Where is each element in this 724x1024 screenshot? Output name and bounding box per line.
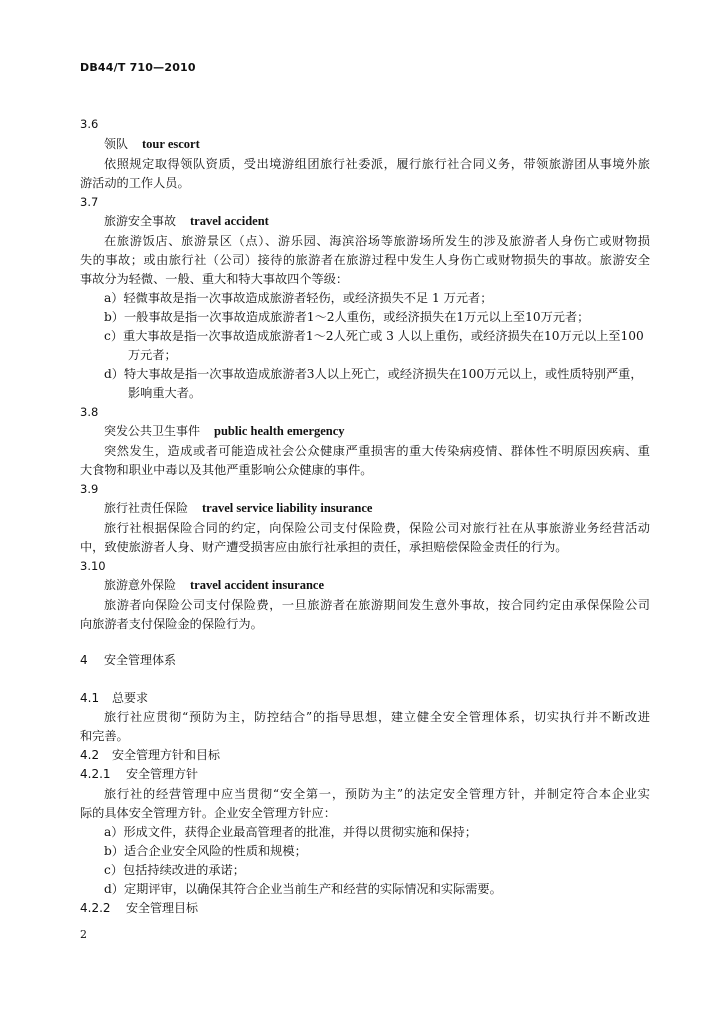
term-heading-3-8: 突发公共卫生事件public health emergency xyxy=(104,423,345,439)
list-item-a: a）形成文件，获得企业最高管理者的批准，并得以贯彻实施和保持； xyxy=(104,824,477,840)
list-item-d-cont: 影响重大者。 xyxy=(128,385,201,401)
definition-line: 失的事故；或由旅行社（公司）接待的旅游者在旅游过程中发生人身伤亡或财物损失的事故… xyxy=(80,252,650,268)
list-item-b: b）适合企业安全风险的性质和规模； xyxy=(104,843,307,859)
clause-number-3-8: 3.8 xyxy=(80,404,98,420)
definition-line: 依照规定取得领队资质，受出境游组团旅行社委派，履行旅行社合同义务，带领旅游团从事… xyxy=(104,156,650,172)
list-label: c） xyxy=(104,329,123,343)
section-title: 安全管理方针 xyxy=(126,767,198,781)
paragraph-line: 和完善。 xyxy=(80,728,129,744)
chapter-number: 4 xyxy=(80,652,104,668)
list-text: 形成文件，获得企业最高管理者的批准，并得以贯彻实施和保持； xyxy=(123,825,476,839)
section-heading-4-2-1: 4.2.1安全管理方针 xyxy=(80,766,198,782)
term-cn: 旅游意外保险 xyxy=(104,578,176,592)
list-label: c） xyxy=(104,863,123,877)
term-cn: 领队 xyxy=(104,137,128,151)
definition-line: 在旅游饭店、旅游景区（点）、游乐园、海滨浴场等旅游场所发生的涉及旅游者人身伤亡或… xyxy=(104,233,650,249)
chapter-title: 安全管理体系 xyxy=(104,653,176,667)
list-label: d） xyxy=(104,882,124,896)
list-text: 包括持续改进的承诺； xyxy=(123,863,245,877)
list-item-b: b）一般事故是指一次事故造成旅游者1～2人重伤，或经济损失在1万元以上至10万元… xyxy=(104,309,589,325)
list-item-d: d）特大事故是指一次事故造成旅游者3人以上死亡，或经济损失在100万元以上，或性… xyxy=(104,366,643,382)
section-number: 4.2.1 xyxy=(80,766,126,782)
term-cn: 突发公共卫生事件 xyxy=(104,424,200,438)
term-cn: 旅行社责任保险 xyxy=(104,501,188,515)
section-title: 总要求 xyxy=(112,691,148,705)
document-header-id: DB44/T 710—2010 xyxy=(80,61,196,74)
definition-line: 中，致使旅游者人身、财产遭受损害应由旅行社承担的责任，承担赔偿保险金责任的行为。 xyxy=(80,539,568,555)
paragraph-line: 际的具体安全管理方针。企业安全管理方针应： xyxy=(80,805,336,821)
section-heading-4-2: 4.2安全管理方针和目标 xyxy=(80,747,220,763)
definition-line: 大食物和职业中毒以及其他严重影响公众健康的事件。 xyxy=(80,462,373,478)
term-heading-3-10: 旅游意外保险travel accident insurance xyxy=(104,577,324,593)
list-label: b） xyxy=(104,310,124,324)
definition-line: 向旅游者支付保险金的保险行为。 xyxy=(80,616,263,632)
definition-line: 旅游者向保险公司支付保险费，一旦旅游者在旅游期间发生意外事故，按合同约定由承保保… xyxy=(104,597,650,613)
section-title: 安全管理方针和目标 xyxy=(112,748,220,762)
list-text: 特大事故是指一次事故造成旅游者3人以上死亡，或经济损失在100万元以上，或性质特… xyxy=(124,367,643,381)
definition-line: 事故分为轻微、一般、重大和特大事故四个等级： xyxy=(80,271,348,287)
section-number: 4.2.2 xyxy=(80,900,126,916)
list-item-c: c）包括持续改进的承诺； xyxy=(104,862,245,878)
list-text: 定期评审，以确保其符合企业当前生产和经营的实际情况和实际需要。 xyxy=(124,882,502,896)
term-heading-3-9: 旅行社责任保险travel service liability insuranc… xyxy=(104,500,372,516)
term-en: travel accident insurance xyxy=(190,578,324,592)
paragraph-line: 旅行社应贯彻“预防为主，防控结合”的指导思想，建立健全安全管理体系，切实执行并不… xyxy=(104,709,650,725)
chapter-heading-4: 4安全管理体系 xyxy=(80,652,176,668)
clause-number-3-10: 3.10 xyxy=(80,558,106,574)
clause-number-3-6: 3.6 xyxy=(80,116,98,132)
list-label: b） xyxy=(104,844,124,858)
section-number: 4.2 xyxy=(80,747,112,763)
list-item-c: c）重大事故是指一次事故造成旅游者1～2人死亡或 3 人以上重伤，或经济损失在1… xyxy=(104,328,644,344)
definition-line: 旅行社根据保险合同的约定，向保险公司支付保险费，保险公司对旅行社在从事旅游业务经… xyxy=(104,520,650,536)
section-heading-4-2-2: 4.2.2安全管理目标 xyxy=(80,900,198,916)
clause-number-3-9: 3.9 xyxy=(80,481,98,497)
list-text: 一般事故是指一次事故造成旅游者1～2人重伤，或经济损失在1万元以上至10万元者； xyxy=(124,310,589,324)
list-text: 重大事故是指一次事故造成旅游者1～2人死亡或 3 人以上重伤，或经济损失在10万… xyxy=(123,329,644,343)
page-number: 2 xyxy=(80,928,87,941)
term-heading-3-6: 领队tour escort xyxy=(104,136,200,152)
definition-line: 游活动的工作人员。 xyxy=(80,175,190,191)
list-item-a: a）轻微事故是指一次事故造成旅游者轻伤，或经济损失不足 1 万元者； xyxy=(104,290,492,306)
list-label: d） xyxy=(104,367,124,381)
section-number: 4.1 xyxy=(80,690,112,706)
list-text: 适合企业安全风险的性质和规模； xyxy=(124,844,307,858)
term-heading-3-7: 旅游安全事故travel accident xyxy=(104,213,269,229)
paragraph-line: 旅行社的经营管理中应当贯彻“安全第一，预防为主”的法定安全管理方针，并制定符合本… xyxy=(104,786,650,802)
list-item-d: d）定期评审，以确保其符合企业当前生产和经营的实际情况和实际需要。 xyxy=(104,881,502,897)
document-page: DB44/T 710—2010 3.6 领队tour escort 依照规定取得… xyxy=(0,0,724,1024)
definition-line: 突然发生，造成或者可能造成社会公众健康严重损害的重大传染病疫情、群体性不明原因疾… xyxy=(104,443,650,459)
section-title: 安全管理目标 xyxy=(126,901,198,915)
term-cn: 旅游安全事故 xyxy=(104,214,176,228)
clause-number-3-7: 3.7 xyxy=(80,194,98,210)
list-text: 轻微事故是指一次事故造成旅游者轻伤，或经济损失不足 1 万元者； xyxy=(123,291,492,305)
list-label: a） xyxy=(104,825,123,839)
term-en: travel accident xyxy=(190,214,269,228)
section-heading-4-1: 4.1总要求 xyxy=(80,690,148,706)
term-en: tour escort xyxy=(142,137,200,151)
term-en: travel service liability insurance xyxy=(202,501,372,515)
list-label: a） xyxy=(104,291,123,305)
list-item-c-cont: 万元者； xyxy=(128,347,177,363)
term-en: public health emergency xyxy=(214,424,345,438)
